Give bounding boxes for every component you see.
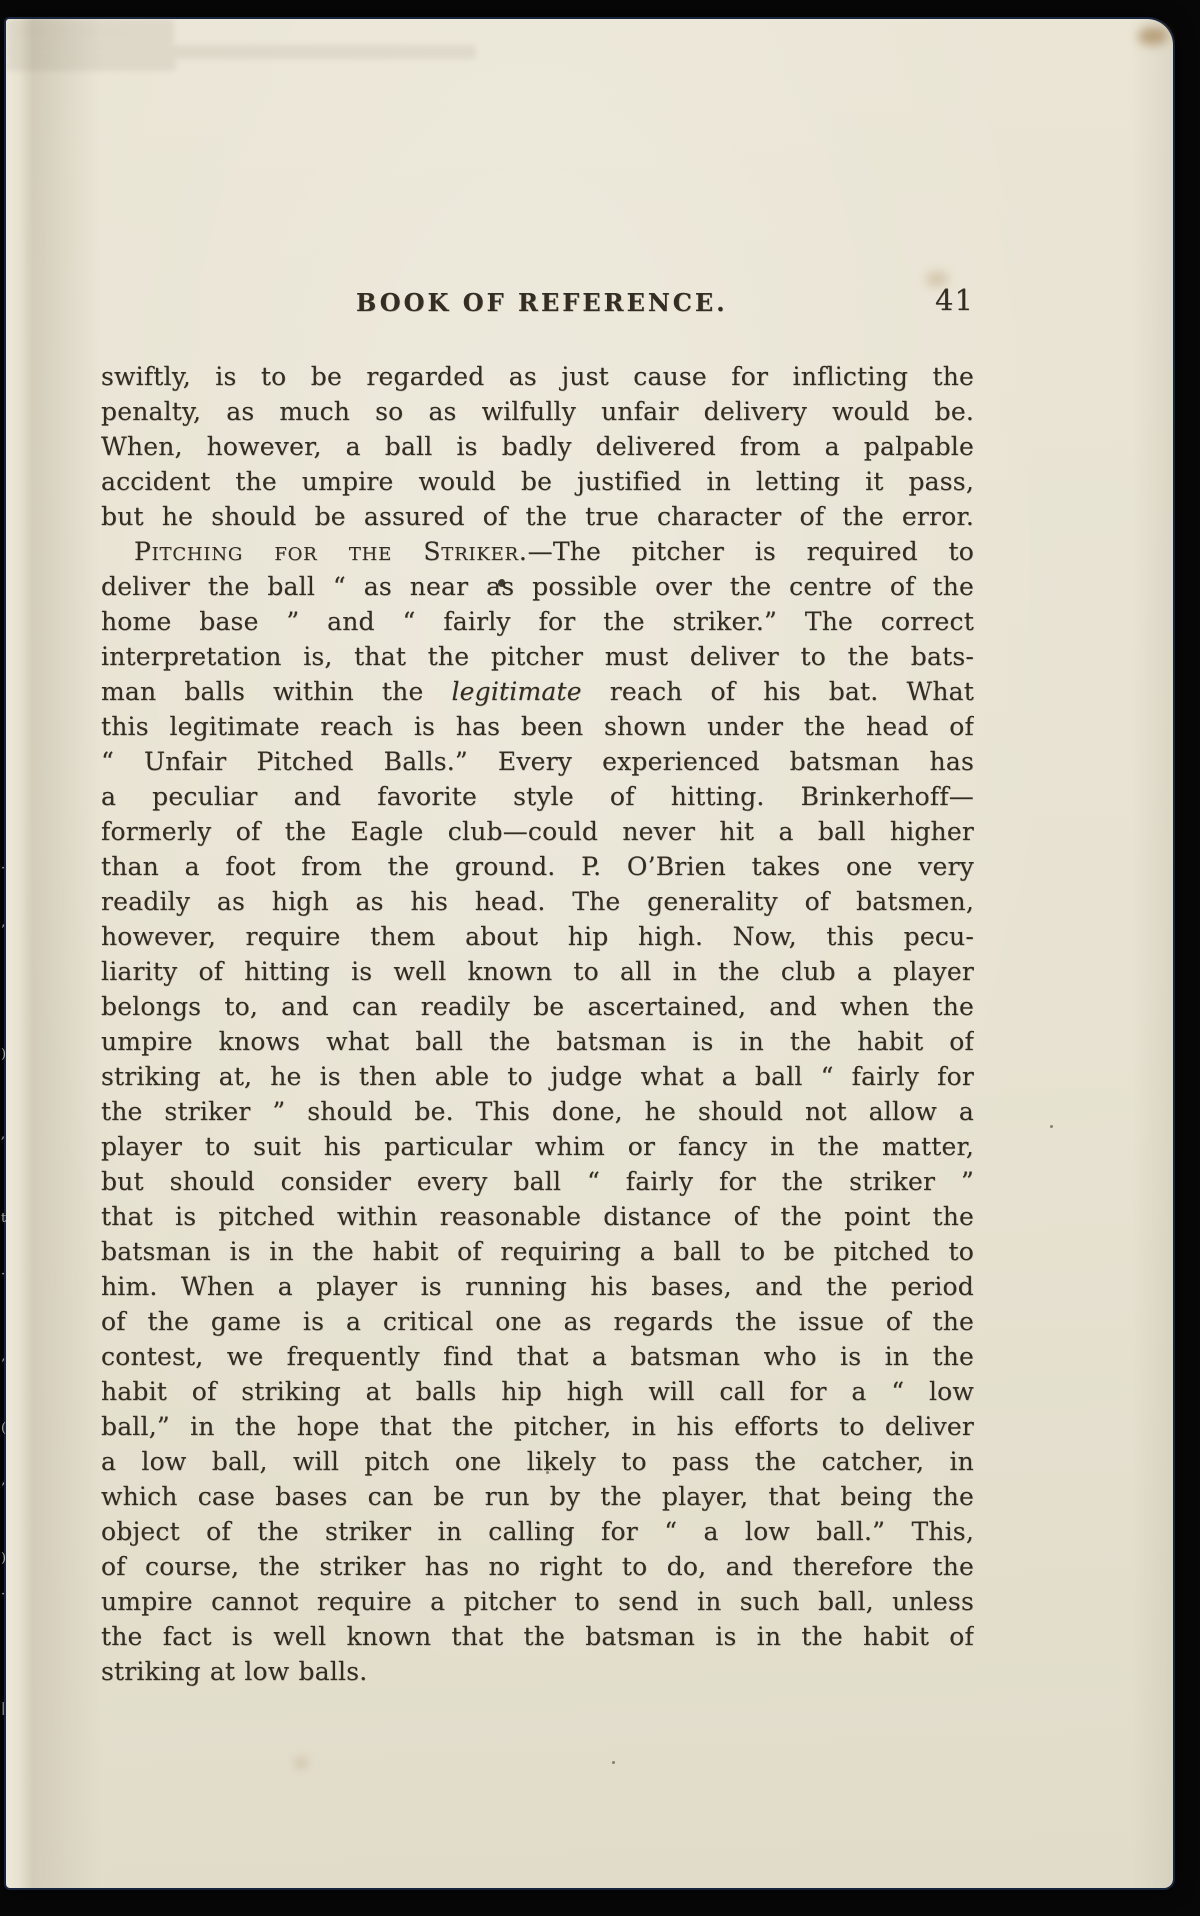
text-line: man balls within the legitimate reach of… <box>101 674 974 709</box>
text-segment: object of the striker in calling for “ a… <box>101 1517 974 1546</box>
fly-speck <box>546 1471 549 1474</box>
text-segment: that is pitched within reasonable distan… <box>101 1202 974 1231</box>
text-segment: the striker ” should be. This done, he s… <box>101 1097 974 1126</box>
text-line: but he should be assured of the true cha… <box>101 499 974 534</box>
text-line: this legitimate reach is has been shown … <box>101 709 974 744</box>
text-segment: contest, we frequently find that a batsm… <box>101 1342 974 1371</box>
text-line: formerly of the Eagle club—could never h… <box>101 814 974 849</box>
text-line: “ Unfair Pitched Balls.” Every experienc… <box>101 744 974 779</box>
fly-speck <box>612 1761 615 1764</box>
text-segment: a peculiar and favorite style of hitting… <box>101 782 974 811</box>
edge-type-fragment: · <box>1 862 5 875</box>
text-line: of the game is a critical one as regards… <box>101 1304 974 1339</box>
text-line: that is pitched within reasonable distan… <box>101 1199 974 1234</box>
text-line: readily as high as his head. The general… <box>101 884 974 919</box>
edge-type-fragment: ’ <box>1 1482 5 1495</box>
text-segment: reach of his bat. What <box>582 677 974 706</box>
edge-type-fragment: | <box>1 1702 5 1715</box>
text-segment: the fact is well known that the batsman … <box>101 1622 974 1651</box>
text-line: object of the striker in calling for “ a… <box>101 1514 974 1549</box>
edge-type-fragment: ’ <box>1 924 5 937</box>
book-page: BOOK OF REFERENCE. 41 swiftly, is to be … <box>6 19 1173 1888</box>
ink-smudge <box>498 579 505 587</box>
text-segment: him. When a player is running his bases,… <box>101 1272 974 1301</box>
show-through-smudge <box>6 59 176 71</box>
text-line: striking at, he is then able to judge wh… <box>101 1059 974 1094</box>
text-segment: deliver the ball “ as near as possible o… <box>101 572 974 601</box>
text-line: which case bases can be run by the playe… <box>101 1479 974 1514</box>
show-through-smudge <box>6 19 174 45</box>
text-segment: of the game is a critical one as regards… <box>101 1307 974 1336</box>
text-line: swiftly, is to be regarded as just cause… <box>101 359 974 394</box>
small-caps-lead: Pitching for the Striker. <box>134 537 528 566</box>
text-line: When, however, a ball is badly delivered… <box>101 429 974 464</box>
text-line: striking at low balls. <box>101 1654 974 1689</box>
text-segment: belongs to, and can readily be ascertain… <box>101 992 974 1021</box>
foxing-stain <box>1138 27 1168 45</box>
edge-type-fragment: · <box>1 1268 5 1281</box>
text-line: the striker ” should be. This done, he s… <box>101 1094 974 1129</box>
text-segment: swiftly, is to be regarded as just cause… <box>101 362 974 391</box>
text-segment: umpire knows what ball the batsman is in… <box>101 1027 974 1056</box>
edge-type-fragment: ) <box>1 1552 6 1565</box>
text-line: accident the umpire would be justified i… <box>101 464 974 499</box>
text-line: ball,” in the hope that the pitcher, in … <box>101 1409 974 1444</box>
text-line: penalty, as much so as wilfully unfair d… <box>101 394 974 429</box>
text-line: liarity of hitting is well known to all … <box>101 954 974 989</box>
text-segment: batsman is in the habit of requiring a b… <box>101 1237 974 1266</box>
show-through-smudge <box>6 45 476 59</box>
text-segment: this legitimate reach is has been shown … <box>101 712 974 741</box>
text-segment: player to suit his particular whim or fa… <box>101 1132 974 1161</box>
text-segment: home base ” and “ fairly for the striker… <box>101 607 974 636</box>
text-line: interpretation is, that the pitcher must… <box>101 639 974 674</box>
text-segment: striking at, he is then able to judge wh… <box>101 1062 974 1091</box>
text-segment: penalty, as much so as wilfully unfair d… <box>101 397 974 426</box>
text-segment: umpire cannot require a pitcher to send … <box>101 1587 974 1616</box>
page-number: 41 <box>935 282 974 318</box>
text-line: than a foot from the ground. P. O’Brien … <box>101 849 974 884</box>
text-line: deliver the ball “ as near as possible o… <box>101 569 974 604</box>
text-line: home base ” and “ fairly for the striker… <box>101 604 974 639</box>
foxing-stain <box>294 1757 308 1769</box>
text-line: player to suit his particular whim or fa… <box>101 1129 974 1164</box>
text-segment: ball,” in the hope that the pitcher, in … <box>101 1412 974 1441</box>
text-segment: but he should be assured of the true cha… <box>101 502 974 531</box>
edge-type-fragment: ) <box>1 1048 6 1061</box>
edge-type-fragment: · <box>1 1588 5 1601</box>
text-line: the fact is well known that the batsman … <box>101 1619 974 1654</box>
text-segment: accident the umpire would be justified i… <box>101 467 974 496</box>
text-line: habit of striking at balls hip high will… <box>101 1374 974 1409</box>
text-segment: —The pitcher is required to <box>528 537 974 566</box>
text-segment: liarity of hitting is well known to all … <box>101 957 974 986</box>
edge-type-fragment: t <box>1 1212 6 1225</box>
fly-speck <box>1050 1125 1053 1128</box>
edge-type-fragment: , <box>1 1128 5 1141</box>
text-segment: interpretation is, that the pitcher must… <box>101 642 974 671</box>
text-segment: formerly of the Eagle club—could never h… <box>101 817 974 846</box>
text-segment: which case bases can be run by the playe… <box>101 1482 974 1511</box>
text-segment: than a foot from the ground. P. O’Brien … <box>101 852 974 881</box>
text-line: but should consider every ball “ fairly … <box>101 1164 974 1199</box>
text-segment: a low ball, will pitch one likely to pas… <box>101 1447 974 1476</box>
text-segment: habit of striking at balls hip high will… <box>101 1377 974 1406</box>
italic-word: legitimate <box>451 677 581 706</box>
text-segment: but should consider every ball “ fairly … <box>101 1167 974 1196</box>
body-text: swiftly, is to be regarded as just cause… <box>101 359 974 1689</box>
text-line: Pitching for the Striker.—The pitcher is… <box>101 534 974 569</box>
running-head-title: BOOK OF REFERENCE. <box>356 288 728 318</box>
text-segment: readily as high as his head. The general… <box>101 887 974 916</box>
fly-speck <box>868 1211 871 1214</box>
text-line: batsman is in the habit of requiring a b… <box>101 1234 974 1269</box>
text-line: a peculiar and favorite style of hitting… <box>101 779 974 814</box>
text-segment: of course, the striker has no right to d… <box>101 1552 974 1581</box>
foxing-stain <box>926 271 948 287</box>
edge-type-fragment: ’ <box>1 1358 5 1371</box>
text-segment: however, require them about hip high. No… <box>101 922 974 951</box>
text-line: him. When a player is running his bases,… <box>101 1269 974 1304</box>
edge-type-fragment: ( <box>1 1422 6 1435</box>
text-segment: When, however, a ball is badly delivered… <box>101 432 974 461</box>
text-line: belongs to, and can readily be ascertain… <box>101 989 974 1024</box>
text-line: however, require them about hip high. No… <box>101 919 974 954</box>
text-line: of course, the striker has no right to d… <box>101 1549 974 1584</box>
text-line: umpire knows what ball the batsman is in… <box>101 1024 974 1059</box>
text-segment: man balls within the <box>101 677 451 706</box>
text-line: umpire cannot require a pitcher to send … <box>101 1584 974 1619</box>
text-segment: “ Unfair Pitched Balls.” Every experienc… <box>101 747 974 776</box>
text-line: a low ball, will pitch one likely to pas… <box>101 1444 974 1479</box>
text-segment: striking at low balls. <box>101 1657 367 1686</box>
text-line: contest, we frequently find that a batsm… <box>101 1339 974 1374</box>
